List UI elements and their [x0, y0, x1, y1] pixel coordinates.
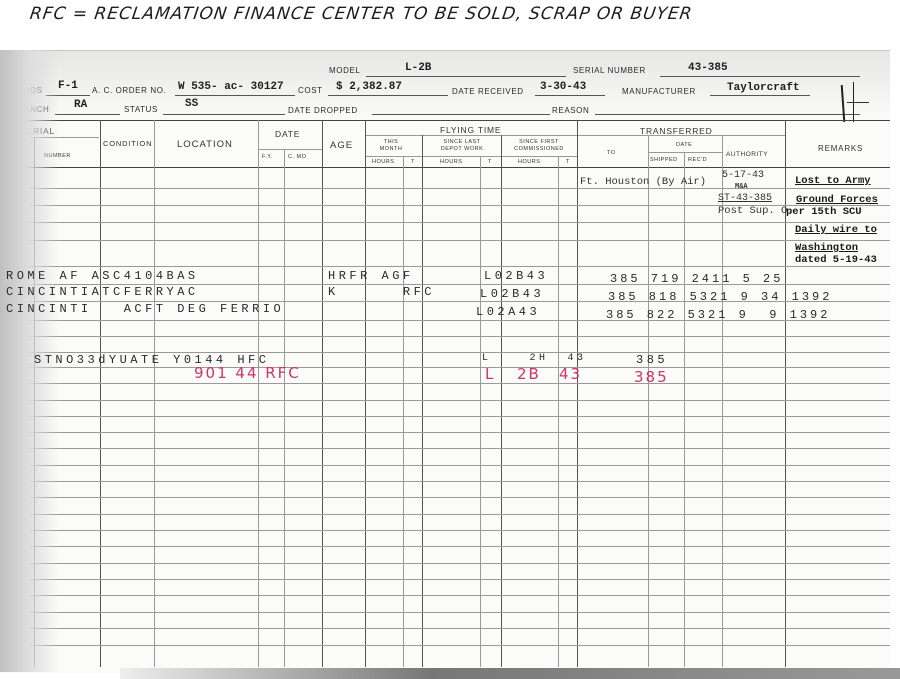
row-2-numbers: 385 818 5321 9 34 1392	[608, 290, 832, 304]
grid-col-date	[258, 120, 259, 667]
row-2-code: L02B43	[480, 287, 544, 301]
col-since-first-commissioned: SINCE FIRST COMMISSIONED	[506, 139, 572, 153]
manufacturer-label: MANUFACTURER	[622, 87, 696, 96]
grid-col-location	[154, 120, 155, 667]
col-hours-3: HOURS	[518, 159, 540, 166]
remark-line-2: Ground Forces	[796, 194, 878, 206]
handwritten-code-43: 43	[559, 365, 582, 383]
cost-underline	[328, 95, 448, 96]
serial-number-label: SERIAL NUMBER	[573, 66, 646, 75]
grid-col-to	[577, 120, 578, 667]
grid-col-cmo	[284, 149, 285, 667]
col-t-3: T	[566, 159, 570, 166]
col-date: DATE	[275, 129, 300, 139]
serial-number-underline	[660, 76, 860, 77]
ac-order-value: W 535- ac- 30127	[178, 81, 284, 93]
col-authority: AUTHORITY	[726, 151, 768, 158]
col-serial: SERIAL	[20, 126, 55, 136]
grid-col-fy	[34, 137, 35, 667]
reason-underline	[595, 114, 860, 115]
table-top-rule	[4, 120, 890, 121]
col-t-1: T	[411, 159, 415, 166]
row-3-location: CINCINTI ACFT DEG FERRIO	[6, 302, 284, 316]
col-to: TO	[607, 150, 616, 157]
remark-line-5: Washington	[795, 242, 858, 254]
model-label: MODEL	[329, 66, 360, 75]
reason-label: REASON	[552, 106, 589, 115]
table-header-bottom-rule	[4, 167, 890, 168]
manufacturer-underline	[710, 95, 810, 96]
grid-col-recd	[684, 152, 685, 667]
transfer-to: Ft. Houston (By Air)	[580, 176, 706, 188]
bottom-typed-number: 385	[636, 353, 668, 367]
transfer-authority-3: Post Sup. O.	[718, 205, 794, 217]
grid-col-remarks	[785, 120, 786, 667]
col-hours-1: HOURS	[372, 159, 394, 166]
remark-line-1: Lost to Army	[795, 175, 871, 187]
grid-col-condition	[100, 120, 101, 667]
status-underline	[163, 114, 285, 115]
row-3-code: L02A43	[476, 305, 540, 319]
grid-col-first	[501, 135, 502, 667]
grid-col-t2	[480, 156, 481, 667]
branch-value: RA	[74, 99, 87, 111]
trans-date-sub-rule	[648, 152, 722, 153]
col-this-month: THIS MONTH	[376, 139, 406, 153]
col-recd: REC'D	[688, 157, 707, 164]
handwritten-number: 385	[634, 368, 669, 386]
row-2-mid: K RFC	[328, 285, 435, 299]
status-value: SS	[185, 98, 198, 110]
branch-label: BRANCH	[12, 105, 49, 114]
serial-sub-rule	[4, 137, 99, 138]
ac-order-underline	[175, 95, 295, 96]
handwritten-annotation: RFC = RECLAMATION FINANCE CENTER TO BE S…	[29, 4, 694, 24]
grid-col-depot	[422, 135, 423, 667]
col-serial-number: NUMBER	[44, 153, 71, 160]
grid-col-age	[322, 120, 323, 667]
handwritten-code-2b: 2B	[517, 365, 541, 383]
funds-label: FUNDS	[12, 86, 43, 95]
row-1-mid: HRFR AGF	[328, 269, 414, 283]
handwritten-location: 901 44 RFC	[194, 364, 301, 382]
col-flying-time: FLYING TIME	[440, 125, 501, 135]
ac-order-label: A. C. ORDER NO.	[92, 86, 166, 95]
row-1-code: L02B43	[484, 269, 548, 283]
row-3-numbers: 385 822 5321 9 9 1392	[606, 308, 830, 322]
col-shipped: SHIPPED	[650, 157, 678, 164]
cost-value: $ 2,382.87	[336, 81, 402, 93]
transfer-authority-2: ST-43-385	[718, 193, 772, 204]
status-label: STATUS	[124, 105, 158, 114]
remark-line-4: Daily wire to	[795, 224, 877, 236]
cost-label: COST	[298, 86, 323, 95]
col-since-last-depot: SINCE LAST DEPOT WORK	[432, 139, 492, 153]
date-received-value: 3-30-43	[540, 81, 586, 93]
model-underline	[366, 76, 566, 77]
funds-value: F-1	[58, 80, 78, 92]
date-received-underline	[535, 95, 605, 96]
funds-underline	[46, 95, 90, 96]
manufacturer-value: Taylorcraft	[727, 82, 800, 94]
row-1-numbers: 385 719 2411 5 25	[610, 272, 783, 286]
col-condition: CONDITION	[103, 139, 152, 148]
bottom-typed-code: L 2H 43	[482, 353, 587, 364]
row-2-location: CINCINTIATCFERRYAC	[6, 285, 199, 299]
model-value: L-2B	[405, 62, 431, 74]
scan-shadow-bottom	[120, 668, 900, 679]
col-remarks: REMARKS	[818, 144, 863, 153]
col-t-2: T	[488, 159, 492, 166]
date-dropped-label: DATE DROPPED	[288, 106, 358, 115]
col-hours-2: HOURS	[440, 159, 462, 166]
col-trans-date: DATE	[676, 142, 692, 149]
col-serial-fy: F.Y.	[6, 153, 17, 160]
grid-col-t3	[558, 156, 559, 667]
branch-underline	[55, 114, 120, 115]
row-1-location: ROME AF ASC4104BAS	[6, 269, 199, 283]
serial-number-value: 43-385	[688, 62, 728, 74]
grid-col-t1	[403, 156, 404, 667]
remark-line-6: dated 5-19-43	[795, 254, 877, 266]
transfer-authority-1: M&A	[735, 183, 748, 191]
col-location: LOCATION	[177, 139, 233, 150]
col-transferred: TRANSFERRED	[640, 126, 713, 136]
hours-sub-rule	[365, 156, 577, 157]
col-age: AGE	[330, 140, 353, 151]
col-date-fy: F.Y.	[262, 154, 273, 161]
transfer-date: 5-17-43	[722, 170, 764, 181]
remark-line-3: per 15th SCU	[786, 206, 862, 218]
grid-col-flying	[365, 120, 366, 667]
grid-col-shipped	[648, 135, 649, 667]
hand-check-crossbar	[847, 102, 869, 103]
date-received-label: DATE RECEIVED	[452, 87, 524, 96]
col-date-cmo: C. MO	[288, 154, 306, 161]
date-sub-rule	[258, 149, 322, 150]
date-dropped-underline	[372, 114, 550, 115]
handwritten-code-l: L	[485, 365, 495, 383]
